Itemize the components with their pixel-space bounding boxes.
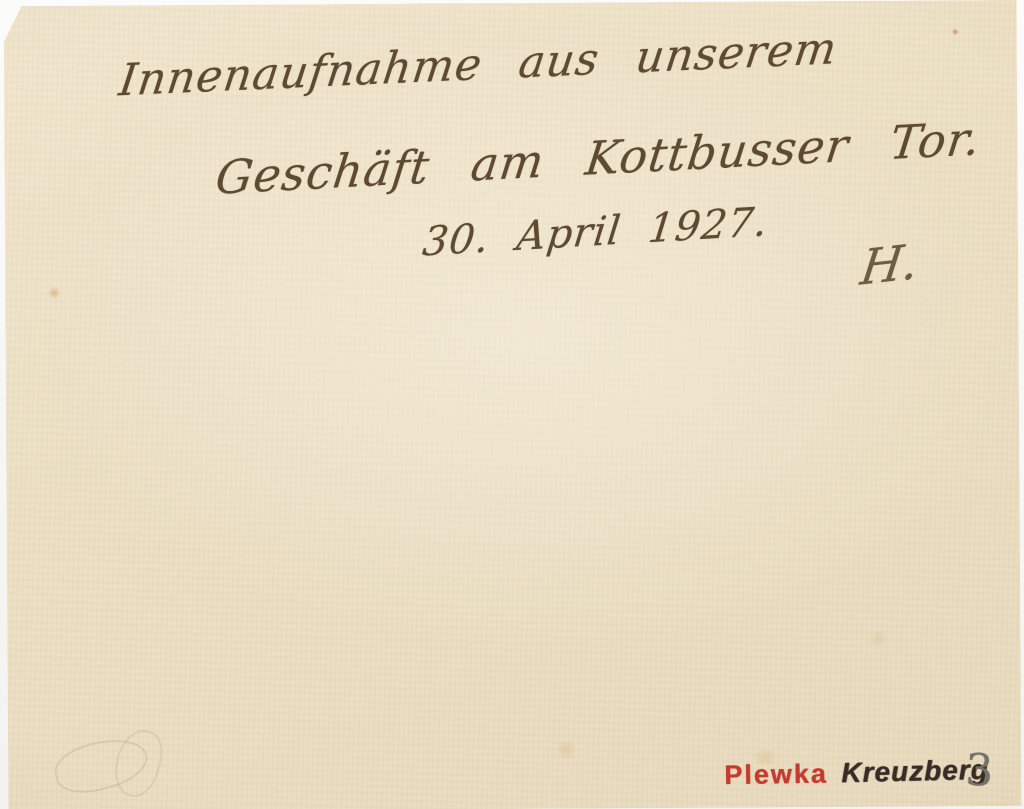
foxing-spot bbox=[553, 741, 579, 759]
handwritten-line-1: Innenaufnahme aus unserem bbox=[116, 23, 840, 106]
handwritten-line-2: Geschäft am Kottbusser Tor. bbox=[213, 111, 984, 205]
photo-verso-scan: Innenaufnahme aus unserem Geschäft am Ko… bbox=[0, 0, 1024, 809]
aged-paper: Innenaufnahme aus unserem Geschäft am Ko… bbox=[4, 0, 1022, 809]
handwritten-initial: H. bbox=[857, 233, 921, 297]
foxing-spot bbox=[952, 28, 959, 35]
collection-stamp-name: Plewka bbox=[724, 759, 828, 792]
pencil-scribble bbox=[108, 725, 169, 802]
pencil-page-number: 3 bbox=[965, 745, 994, 797]
foxing-spot bbox=[47, 287, 61, 299]
foxing-spot bbox=[867, 631, 889, 647]
pencil-scribble bbox=[50, 731, 153, 801]
handwritten-date-line: 30. April 1927. bbox=[420, 199, 771, 266]
